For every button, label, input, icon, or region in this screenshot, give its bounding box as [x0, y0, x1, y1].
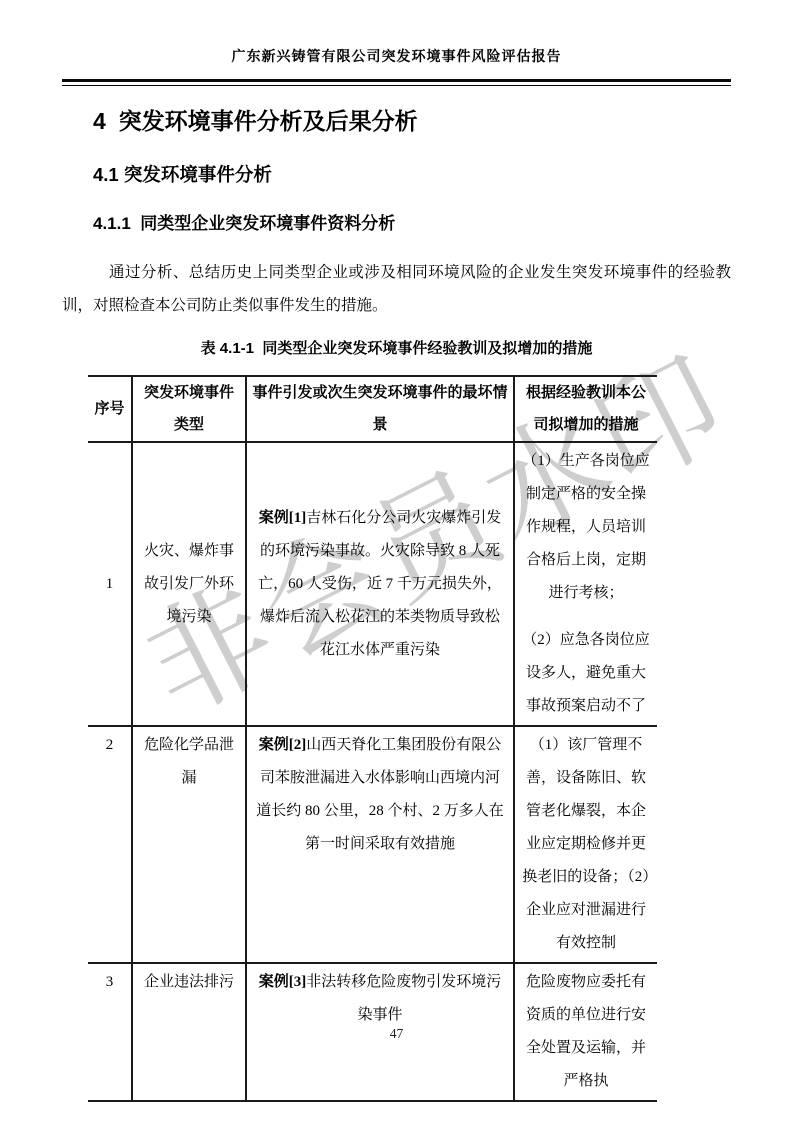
scenario-text: 非法转移危险废物引发环境污染事件: [306, 974, 501, 1023]
page-content: 广东新兴铸管有限公司突发环境事件风险评估报告 4 突发环境事件分析及后果分析 4…: [0, 46, 793, 1102]
subsection-heading: 4.1.1 同类型企业突发环境事件资料分析: [93, 212, 731, 235]
measures-cell: （1）该厂管理不善，设备陈旧、软管老化爆裂，本企业应定期检修并更换老旧的设备；（…: [514, 726, 657, 963]
running-header-title: 广东新兴铸管有限公司突发环境事件风险评估报告: [62, 46, 731, 66]
scenario-cell: 案例[1]吉林石化分公司火灾爆炸引发的环境污染事故。火灾除导致 8 人死亡，60…: [246, 442, 514, 726]
case-label: 案例[1]: [259, 510, 307, 526]
scenario-cell: 案例[2]山西天脊化工集团股份有限公司苯胺泄漏进入水体影响山西境内河道长约 80…: [246, 726, 514, 963]
section-heading: 4.1 突发环境事件分析: [93, 163, 731, 187]
column-header-no: 序号: [88, 376, 132, 442]
row-number: 2: [88, 726, 132, 963]
document-page: 非会员水印 广东新兴铸管有限公司突发环境事件风险评估报告 4 突发环境事件分析及…: [0, 0, 793, 1122]
measures-cell: （1）生产各岗位应制定严格的安全操作规程，人员培训合格后上岗，定期进行考核； （…: [514, 442, 657, 726]
chapter-heading: 4 突发环境事件分析及后果分析: [93, 106, 731, 136]
scenario-text: 山西天脊化工集团股份有限公司苯胺泄漏进入水体影响山西境内河道长约 80 公里，2…: [256, 737, 504, 852]
case-label: 案例[3]: [259, 974, 307, 990]
experience-lessons-table: 序号 突发环境事件类型 事件引发或次生突发环境事件的最坏情景 根据经验教训本公司…: [88, 375, 657, 1102]
table-row: 1 火灾、爆炸事故引发厂外环境污染 案例[1]吉林石化分公司火灾爆炸引发的环境污…: [88, 442, 657, 726]
measure-item: （1）生产各岗位应制定严格的安全操作规程，人员培训合格后上岗，定期进行考核；: [522, 445, 650, 610]
measure-item: （1）该厂管理不善，设备陈旧、软管老化爆裂，本企业应定期检修并更换老旧的设备；（…: [522, 729, 650, 960]
table-header-row: 序号 突发环境事件类型 事件引发或次生突发环境事件的最坏情景 根据经验教训本公司…: [88, 376, 657, 442]
column-header-measures: 根据经验教训本公司拟增加的措施: [514, 376, 657, 442]
case-label: 案例[2]: [259, 737, 307, 753]
page-number: 47: [0, 1026, 793, 1042]
row-number: 1: [88, 442, 132, 726]
header-double-rule: [62, 79, 731, 86]
table-row: 2 危险化学品泄漏 案例[2]山西天脊化工集团股份有限公司苯胺泄漏进入水体影响山…: [88, 726, 657, 963]
column-header-worst-scenario: 事件引发或次生突发环境事件的最坏情景: [246, 376, 514, 442]
event-type-cell: 危险化学品泄漏: [132, 726, 246, 963]
column-header-event-type: 突发环境事件类型: [132, 376, 246, 442]
scenario-text: 吉林石化分公司火灾爆炸引发的环境污染事故。火灾除导致 8 人死亡，60 人受伤，…: [258, 510, 502, 658]
event-type-cell: 火灾、爆炸事故引发厂外环境污染: [132, 442, 246, 726]
table-caption: 表 4.1-1 同类型企业突发环境事件经验教训及拟增加的措施: [62, 337, 731, 358]
intro-paragraph: 通过分析、总结历史上同类型企业或涉及相同环境风险的企业发生突发环境事件的经验教训…: [62, 256, 731, 322]
measure-item: （2）应急各岗位应设多人，避免重大事故预案启动不了: [522, 624, 650, 723]
